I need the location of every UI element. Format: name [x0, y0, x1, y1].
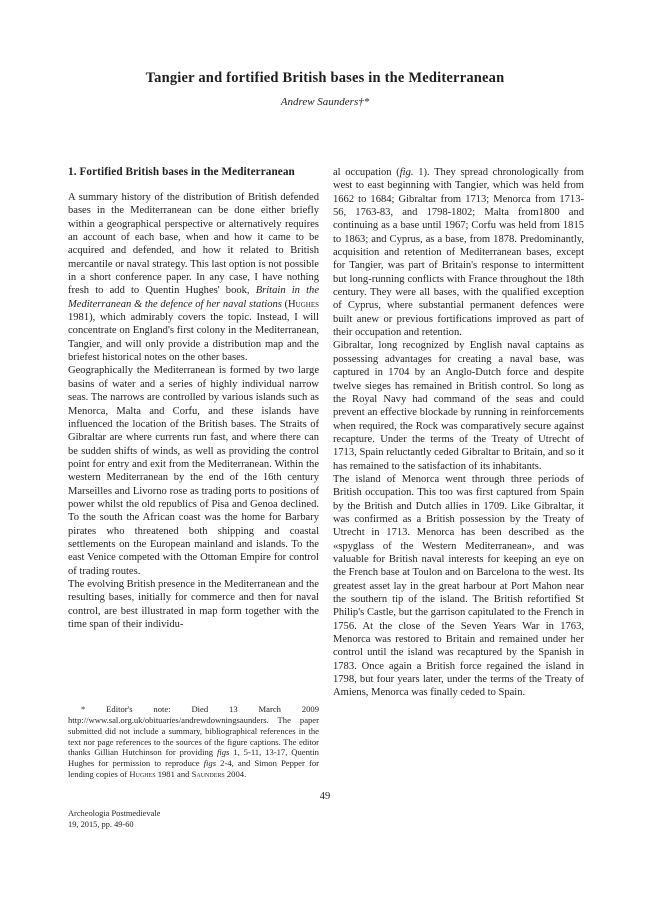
text-segment: 1981 and: [156, 769, 192, 779]
text-segment: A summary history of the distribution of…: [68, 192, 319, 296]
left-column-paragraphs: A summary history of the distribution of…: [68, 191, 319, 631]
text-segment: al occupation (: [333, 167, 400, 178]
text-segment: figs: [204, 758, 216, 768]
editor-footnote: * Editor's note: Died 13 March 2009 http…: [68, 704, 319, 780]
text-segment: 2004.: [225, 769, 246, 779]
paper-page: Tangier and fortified British bases in t…: [0, 0, 650, 897]
text-segment: The island of Menorca went through three…: [333, 474, 584, 699]
author-line: Andrew Saunders†*: [0, 96, 650, 108]
text-segment: 1981), which admirably covers the topic.…: [68, 312, 319, 363]
two-column-body: 1. Fortified British bases in the Medite…: [68, 166, 584, 780]
text-segment: figs: [217, 747, 229, 757]
text-segment: Gibraltar, long recognized by English na…: [333, 340, 584, 471]
page-number: 49: [0, 791, 650, 802]
text-segment: Hughes: [288, 299, 319, 310]
text-segment: Saunders: [192, 769, 225, 779]
right-column: al occupation (fig. 1). They spread chro…: [333, 166, 584, 780]
text-segment: fig.: [400, 167, 414, 178]
paragraph: The evolving British presence in the Med…: [68, 578, 319, 631]
section-heading: 1. Fortified British bases in the Medite…: [68, 166, 319, 178]
paragraph: A summary history of the distribution of…: [68, 191, 319, 364]
paragraph: The island of Menorca went through three…: [333, 473, 584, 700]
left-column: 1. Fortified British bases in the Medite…: [68, 166, 319, 780]
right-column-paragraphs: al occupation (fig. 1). They spread chro…: [333, 166, 584, 700]
paragraph: Geographically the Mediterranean is form…: [68, 364, 319, 578]
journal-footer: Archeologia Postmedievale 19, 2015, pp. …: [68, 809, 160, 830]
journal-issue: 19, 2015, pp. 49-60: [68, 820, 160, 831]
paragraph: Gibraltar, long recognized by English na…: [333, 339, 584, 472]
text-segment: 1). They spread chronologically from wes…: [333, 167, 584, 338]
text-segment: Hughes: [129, 769, 155, 779]
page-title: Tangier and fortified British bases in t…: [0, 70, 650, 87]
paragraph: al occupation (fig. 1). They spread chro…: [333, 166, 584, 339]
journal-title: Archeologia Postmedievale: [68, 809, 160, 820]
text-segment: The evolving British presence in the Med…: [68, 579, 319, 630]
text-segment: Geographically the Mediterranean is form…: [68, 365, 319, 576]
